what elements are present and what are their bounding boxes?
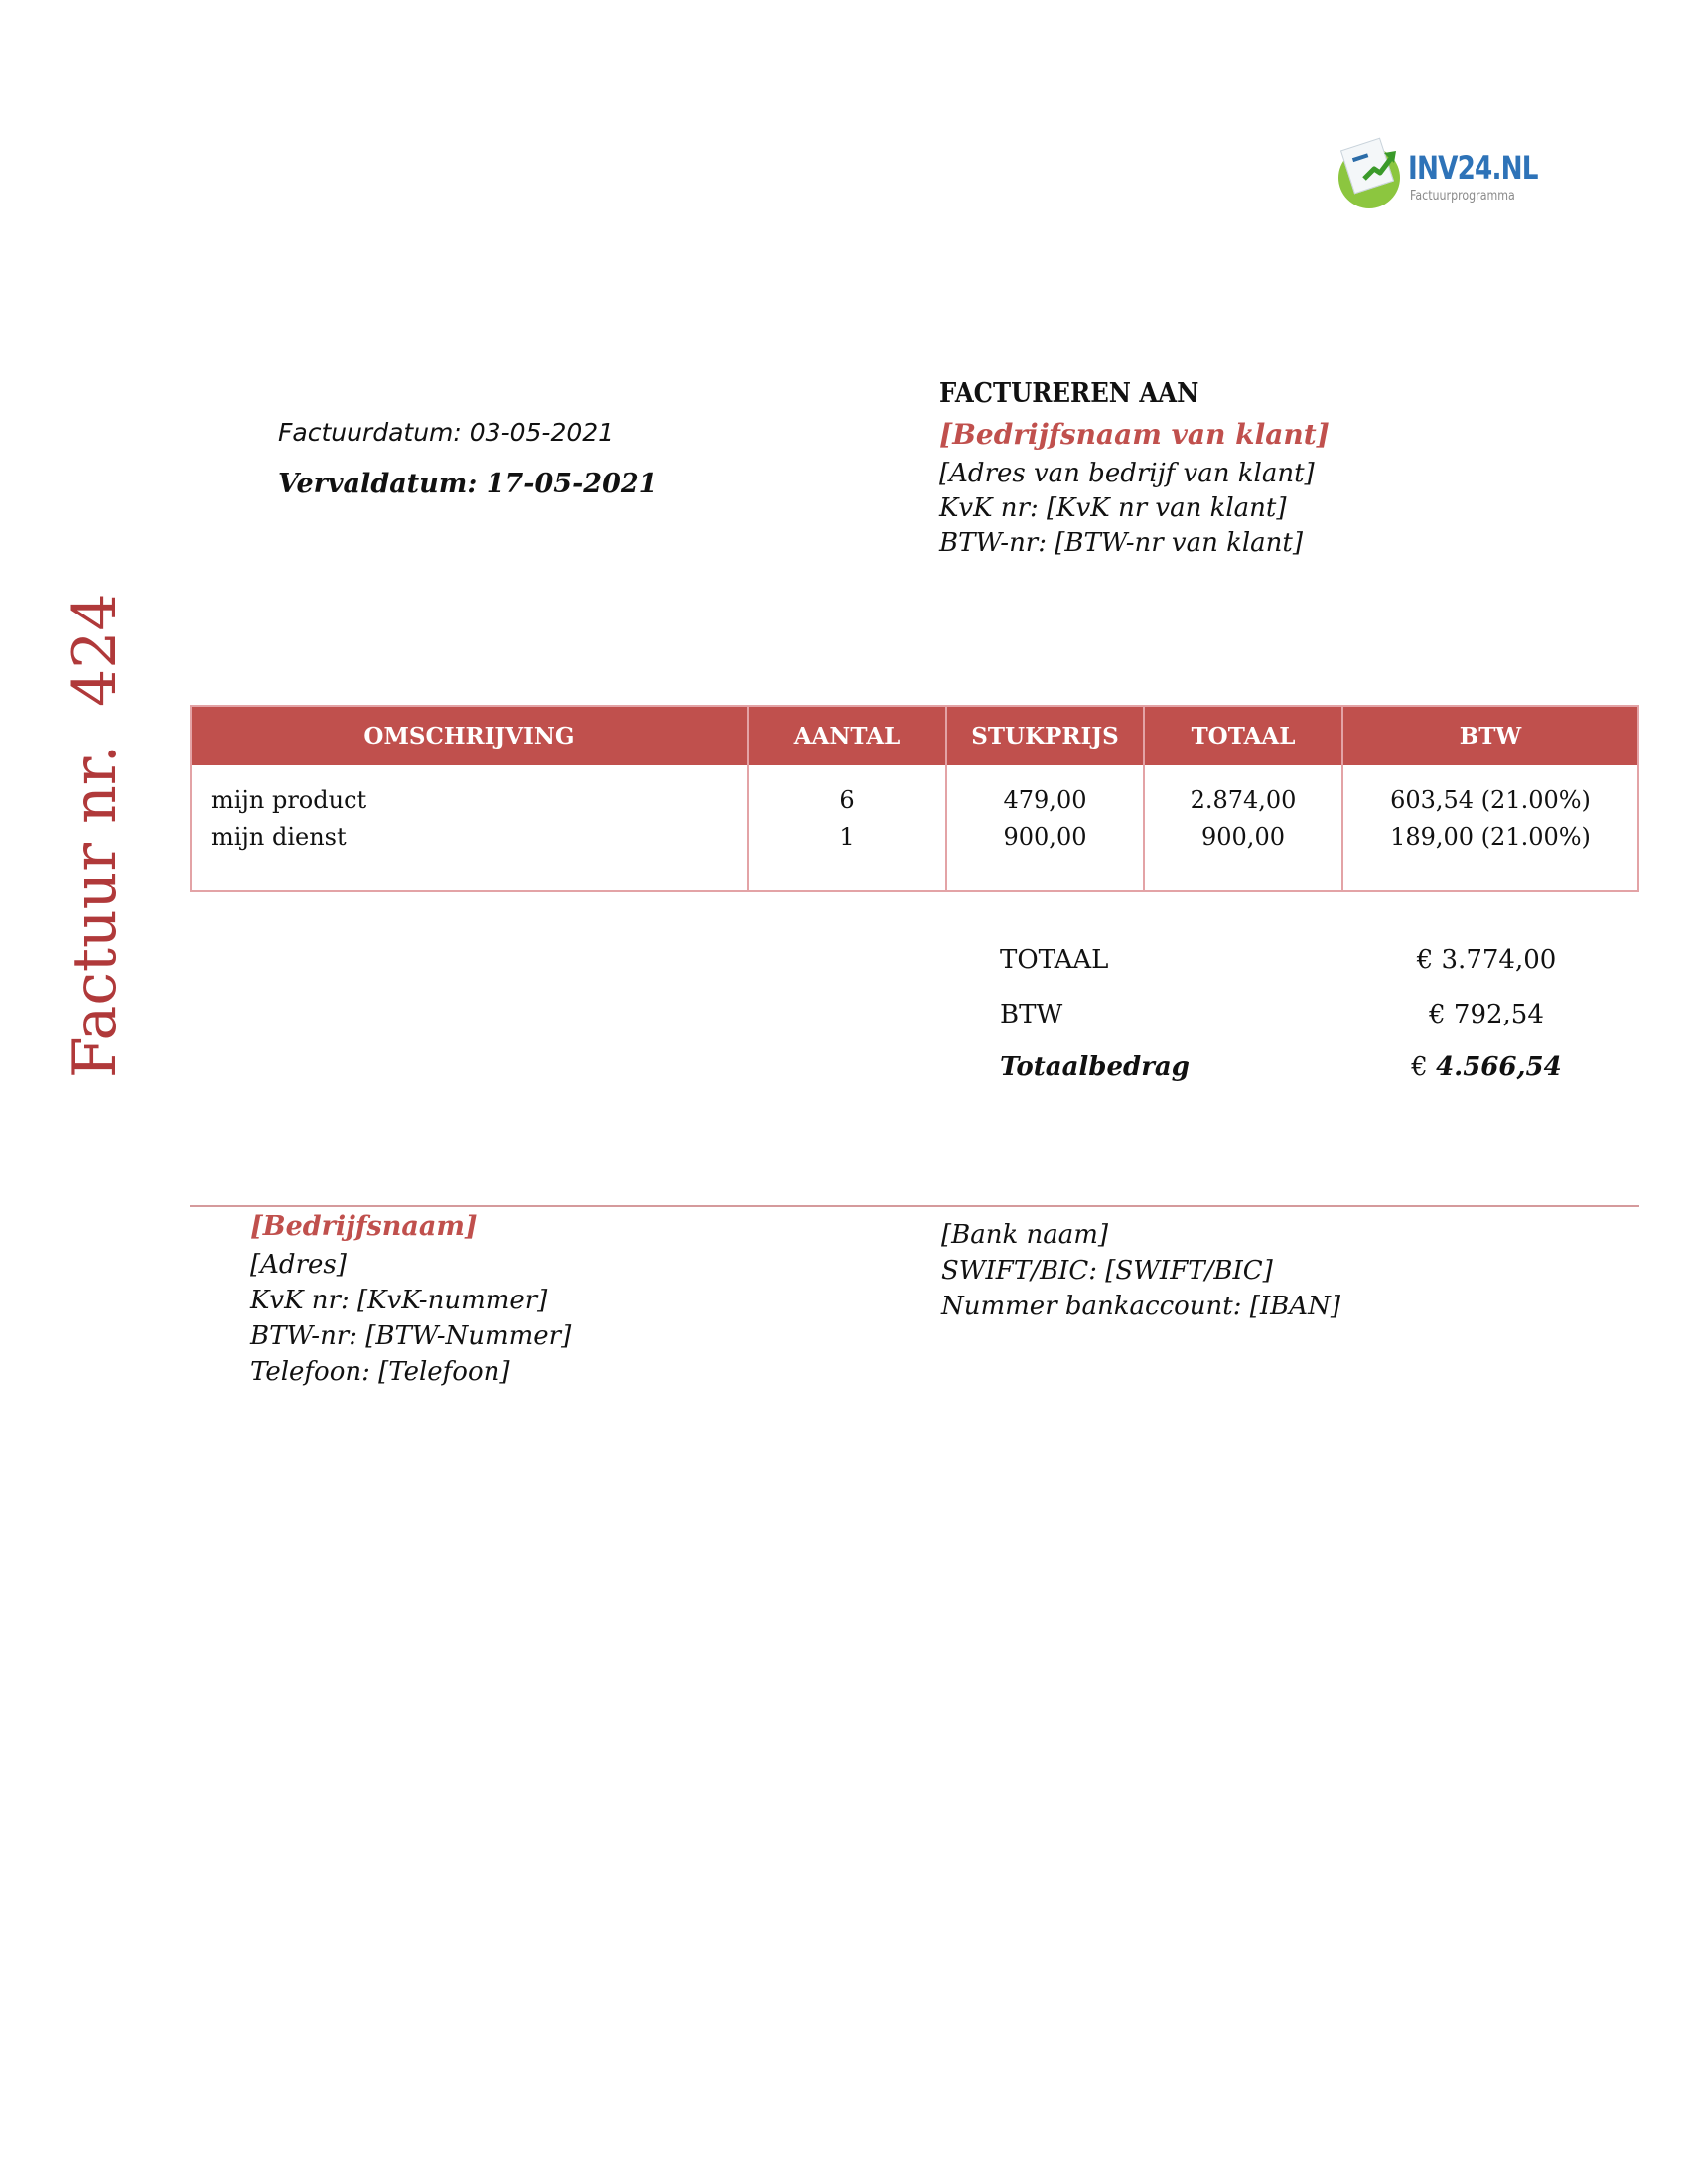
header-description: OMSCHRIJVING (192, 707, 747, 765)
row-total: 2.874,00 (1145, 782, 1341, 819)
sender-block: [Bedrijfsnaam] [Adres] KvK nr: [KvK-numm… (250, 1207, 571, 1390)
subtotal-label: TOTAAL (1000, 945, 1108, 975)
row-description: mijn dienst (211, 819, 347, 856)
client-address: [Adres van bedrijf van klant] (939, 457, 1575, 491)
due-date: Vervaldatum: 17-05-2021 (278, 469, 657, 499)
client-kvk: KvK nr: [KvK nr van klant] (939, 491, 1575, 526)
bill-to-block: FACTUREREN AAN [Bedrijfsnaam van klant] … (939, 375, 1575, 561)
currency-symbol: € (1429, 1000, 1446, 1029)
bill-to-heading: FACTUREREN AAN (939, 375, 1511, 413)
header-quantity: AANTAL (749, 707, 945, 765)
bank-name: [Bank naam] (941, 1217, 1340, 1253)
sender-kvk: KvK nr: [KvK-nummer] (250, 1283, 571, 1318)
inv24-logo: INV24.NL Factuurprogramma (1336, 139, 1535, 214)
invoice-number-title: Factuur nr. 424 (66, 593, 125, 1078)
sender-address: [Adres] (250, 1247, 571, 1283)
bank-swift: SWIFT/BIC: [SWIFT/BIC] (941, 1253, 1340, 1289)
grand-total-label: Totaalbedrag (1000, 1052, 1190, 1082)
subtotal-value: € 3.774,00 (1328, 945, 1645, 975)
amount: 792,54 (1454, 1000, 1544, 1029)
row-quantity: 1 (749, 819, 945, 856)
sender-phone: Telefoon: [Telefoon] (250, 1354, 571, 1390)
logo-title: INV24.NL (1408, 149, 1538, 187)
vat-total-label: BTW (1000, 1000, 1062, 1029)
header-total: TOTAAL (1145, 707, 1341, 765)
amount: 3.774,00 (1442, 945, 1557, 975)
row-total: 900,00 (1145, 819, 1341, 856)
currency-symbol: € (1411, 1052, 1428, 1082)
row-vat: 603,54 (21.00%) (1343, 782, 1637, 819)
header-unit-price: STUKPRIJS (947, 707, 1143, 765)
bank-block: [Bank naam] SWIFT/BIC: [SWIFT/BIC] Numme… (941, 1217, 1340, 1324)
bank-account: Nummer bankaccount: [IBAN] (941, 1289, 1340, 1324)
row-description: mijn product (211, 782, 366, 819)
vat-total-value: € 792,54 (1328, 1000, 1645, 1029)
row-unit-price: 900,00 (947, 819, 1143, 856)
client-company-name: [Bedrijfsnaam van klant] (939, 413, 1575, 457)
client-btw: BTW-nr: [BTW-nr van klant] (939, 526, 1575, 561)
sender-company-name: [Bedrijfsnaam] (250, 1207, 571, 1247)
currency-symbol: € (1417, 945, 1434, 975)
subtotal-row: TOTAAL € 3.774,00 (1000, 945, 1576, 985)
grand-total-row: Totaalbedrag € 4.566,54 (1000, 1052, 1576, 1092)
row-unit-price: 479,00 (947, 782, 1143, 819)
invoice-title-prefix: Factuur nr. (61, 745, 130, 1078)
growth-arrow-icon (1362, 149, 1396, 183)
grand-total-value: € 4.566,54 (1328, 1052, 1645, 1082)
row-vat: 189,00 (21.00%) (1343, 819, 1637, 856)
row-quantity: 6 (749, 782, 945, 819)
logo-subtitle: Factuurprogramma (1410, 189, 1515, 204)
sender-btw: BTW-nr: [BTW-Nummer] (250, 1318, 571, 1354)
invoice-number: 424 (61, 593, 130, 707)
invoice-date: Factuurdatum: 03-05-2021 (278, 418, 614, 447)
line-items-table: OMSCHRIJVING AANTAL STUKPRIJS TOTAAL BTW… (190, 705, 1639, 892)
vat-total-row: BTW € 792,54 (1000, 1000, 1576, 1039)
amount: 4.566,54 (1436, 1052, 1562, 1082)
header-vat: BTW (1343, 707, 1637, 765)
